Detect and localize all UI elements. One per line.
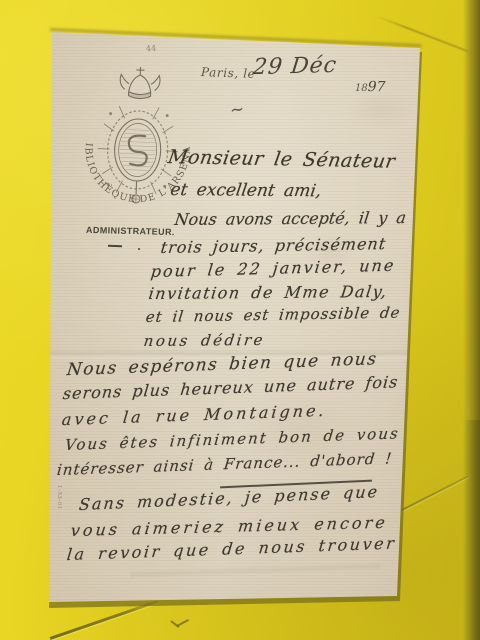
dateline-handwritten-day: 29 Déc <box>252 53 339 80</box>
crown-band <box>128 92 150 99</box>
dateline-year: 1897 <box>355 76 386 96</box>
scratch-mark-right <box>402 476 469 511</box>
crown-dome <box>129 75 152 93</box>
dateline-handwritten-year-suffix: 97 <box>368 79 386 95</box>
crown-cross <box>136 67 144 75</box>
crown-leaf-left <box>120 74 129 89</box>
handwritten-line: trois jours, précisément <box>160 234 388 257</box>
handwritten-line: nous dédire <box>143 331 267 350</box>
dateline-printed-prefix: Paris, le <box>201 65 256 81</box>
pencil-annotation: 44 <box>146 44 157 54</box>
letter-paper: Paris, le 29 Déc 1897 ~ 44 1-53-01 <box>0 0 480 640</box>
background-right-shade-bottom <box>463 420 480 640</box>
margin-catalog-code: 1-53-01 <box>56 485 62 510</box>
crown-leaf-right <box>151 75 160 90</box>
ink-flourish: ~ <box>229 99 246 121</box>
handwritten-line: et excellent ami, <box>169 180 323 201</box>
handwritten-line: invitation de Mme Daly, <box>147 282 389 303</box>
dateline-printed-year-prefix: 18 <box>355 83 368 94</box>
medallion-monogram <box>128 135 147 165</box>
check-scratch-right-stroke <box>177 619 189 627</box>
handwritten-line: Nous avons accepté, il y a <box>173 208 407 229</box>
photo-of-letter: Paris, le 29 Déc 1897 ~ 44 1-53-01 <box>0 0 480 640</box>
handwritten-line: Monsieur le Sénateur <box>166 146 396 173</box>
